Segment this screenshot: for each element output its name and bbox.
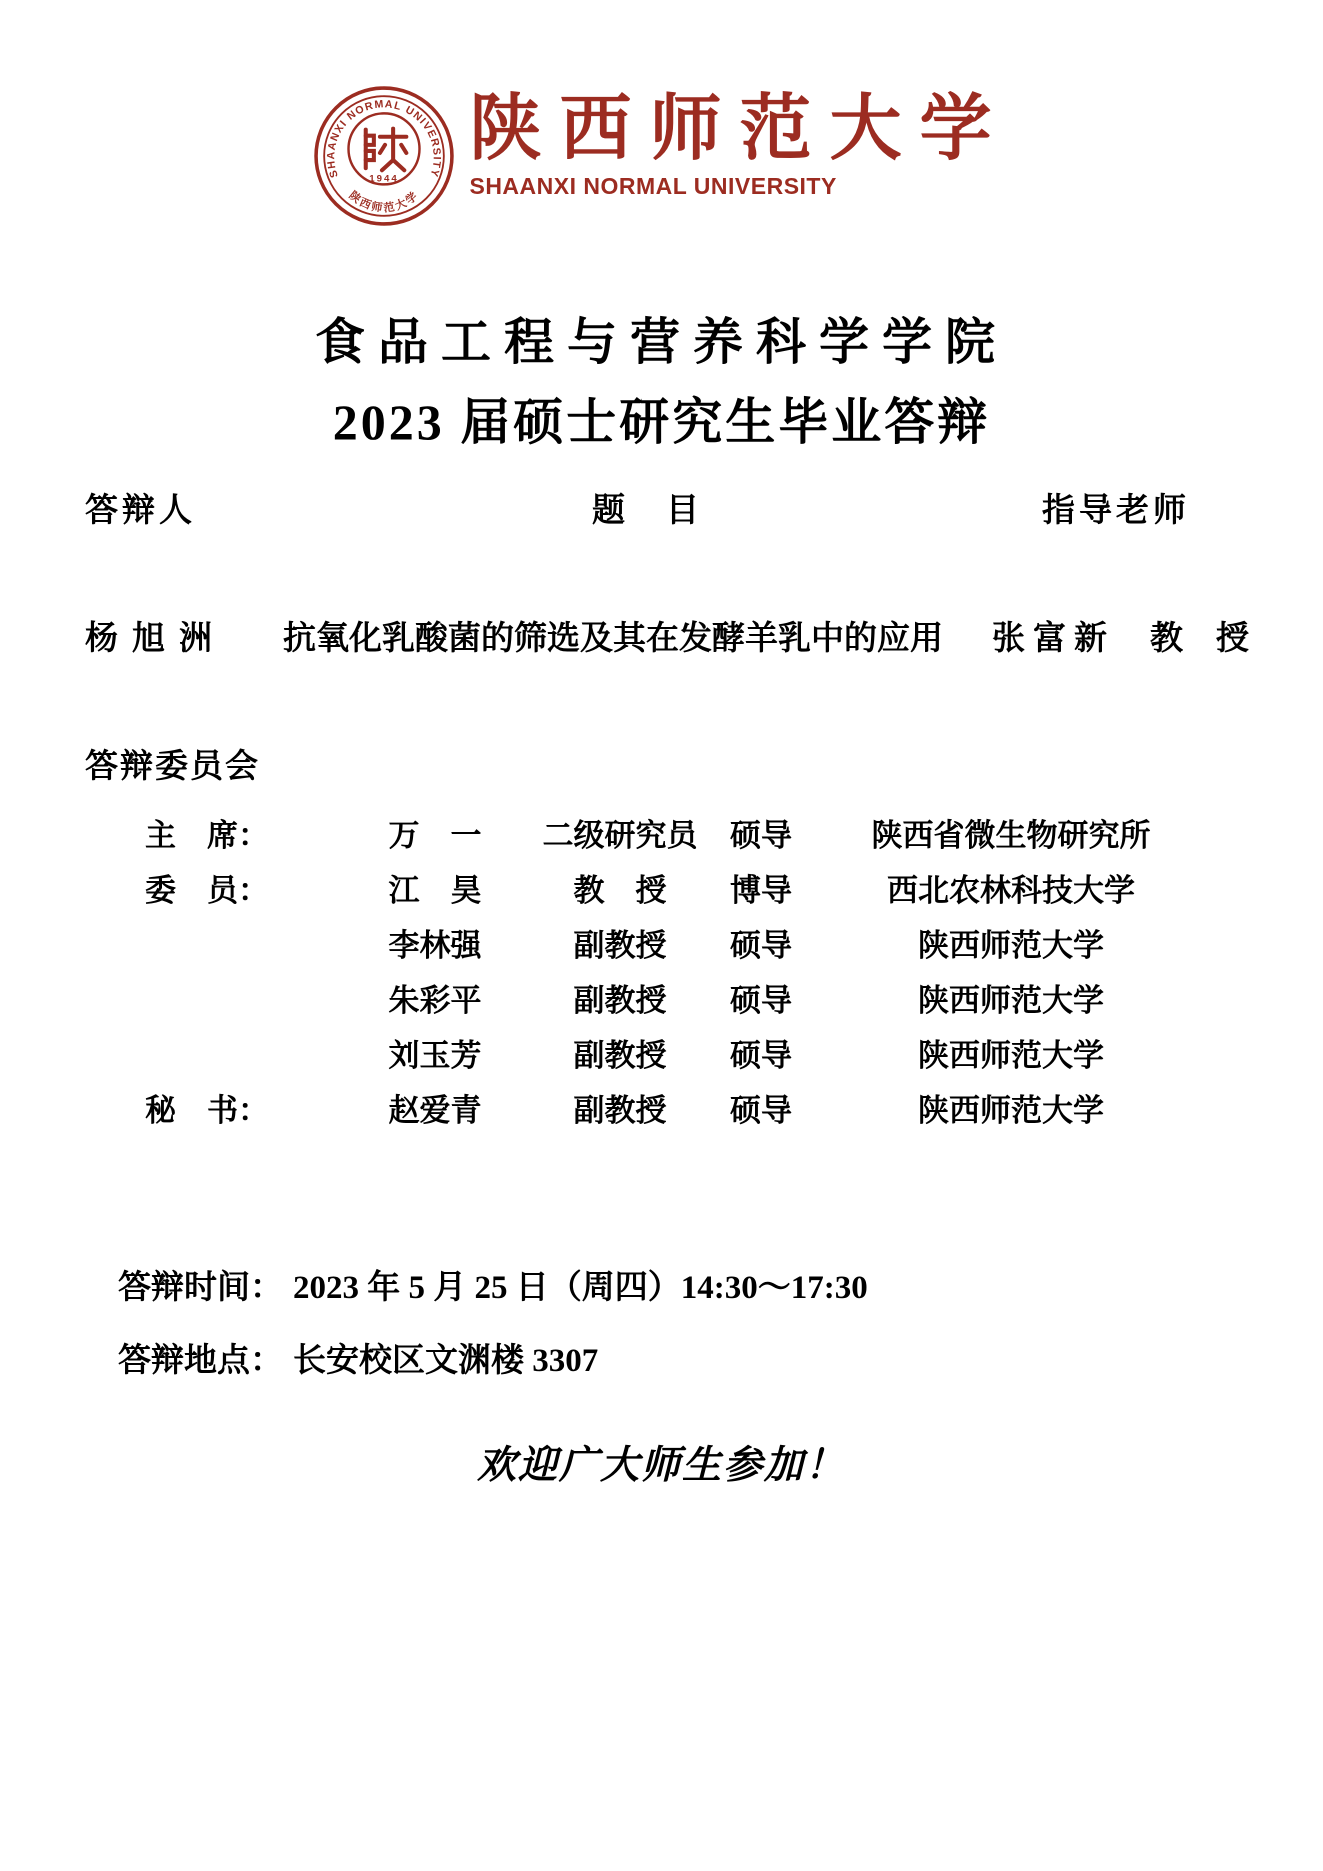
committee-row: 主 席： 万 一 二级研究员 硕导 陕西省微生物研究所 <box>145 808 1200 863</box>
defense-place-value: 长安校区文渊楼 3307 <box>293 1343 598 1379</box>
role-label <box>145 918 330 973</box>
advisor-name: 张富新 <box>992 612 1115 659</box>
committee-row: 刘玉芳 副教授 硕导 陕西师范大学 <box>145 1028 1200 1083</box>
supervisor-type: 硕导 <box>700 808 822 863</box>
supervisor-type: 硕导 <box>700 973 822 1028</box>
member-affiliation: 陕西师范大学 <box>822 973 1200 1028</box>
university-name-calligraphy: 陕西师范大学 <box>469 91 1009 169</box>
committee-row: 秘 书： 赵爱青 副教授 硕导 陕西师范大学 <box>145 1083 1200 1138</box>
member-title: 副教授 <box>540 1083 700 1138</box>
member-name: 万 一 <box>330 808 540 863</box>
university-seal: SHAANXI NORMAL UNIVERSITY 1944 陕西师范大学 <box>313 85 455 227</box>
member-title: 副教授 <box>540 1028 700 1083</box>
event-title: 2023 届硕士研究生毕业答辩 <box>0 394 1323 452</box>
thesis-title: 抗氧化乳酸菌的筛选及其在发酵羊乳中的应用 <box>283 612 943 659</box>
member-title: 副教授 <box>540 918 700 973</box>
committee-table: 主 席： 万 一 二级研究员 硕导 陕西省微生物研究所 委 员： 江 昊 教 授… <box>145 808 1200 1138</box>
advisor-title: 教 授 <box>1150 612 1249 659</box>
supervisor-type: 硕导 <box>700 918 822 973</box>
member-title: 二级研究员 <box>540 808 700 863</box>
supervisor-type: 硕导 <box>700 1028 822 1083</box>
role-label: 主 席： <box>145 808 330 863</box>
header-topic-label: 题 目 <box>592 484 703 531</box>
header-candidate-label: 答辩人 <box>85 484 196 531</box>
college-title: 食品工程与营养科学学院 <box>0 314 1323 372</box>
member-name: 江 昊 <box>330 863 540 918</box>
supervisor-type: 硕导 <box>700 1083 822 1138</box>
welcome-message: 欢迎广大师生参加！ <box>0 1434 1323 1490</box>
member-name: 朱彩平 <box>330 973 540 1028</box>
list-header: 答辩人 题 目 指导老师 <box>0 484 1323 526</box>
member-affiliation: 西北农林科技大学 <box>822 863 1200 918</box>
committee-row: 李林强 副教授 硕导 陕西师范大学 <box>145 918 1200 973</box>
header-advisor-label: 指导老师 <box>1042 484 1190 531</box>
seal-emblem <box>366 129 407 171</box>
member-affiliation: 陕西省微生物研究所 <box>822 808 1200 863</box>
defense-place-row: 答辩地点：长安校区文渊楼 3307 <box>85 1297 598 1418</box>
page: SHAANXI NORMAL UNIVERSITY 1944 陕西师范大学 陕西… <box>0 0 1323 1871</box>
committee-heading: 答辩委员会 <box>85 740 260 787</box>
role-label: 秘 书： <box>145 1083 330 1138</box>
thesis-row: 杨旭洲 抗氧化乳酸菌的筛选及其在发酵羊乳中的应用 张富新 教 授 <box>0 612 1323 656</box>
candidate-name: 杨旭洲 <box>85 612 226 659</box>
member-affiliation: 陕西师范大学 <box>822 918 1200 973</box>
seal-year: 1944 <box>370 173 400 184</box>
role-label: 委 员： <box>145 863 330 918</box>
role-label <box>145 973 330 1028</box>
member-affiliation: 陕西师范大学 <box>822 1083 1200 1138</box>
member-affiliation: 陕西师范大学 <box>822 1028 1200 1083</box>
member-title: 副教授 <box>540 973 700 1028</box>
member-title: 教 授 <box>540 863 700 918</box>
committee-row: 委 员： 江 昊 教 授 博导 西北农林科技大学 <box>145 863 1200 918</box>
committee-row: 朱彩平 副教授 硕导 陕西师范大学 <box>145 973 1200 1028</box>
defense-place-label: 答辩地点： <box>118 1341 283 1378</box>
university-name-english: SHAANXI NORMAL UNIVERSITY <box>469 173 836 200</box>
member-name: 刘玉芳 <box>330 1028 540 1083</box>
supervisor-type: 博导 <box>700 863 822 918</box>
member-name: 赵爱青 <box>330 1083 540 1138</box>
role-label <box>145 1028 330 1083</box>
university-name-block: 陕西师范大学 SHAANXI NORMAL UNIVERSITY <box>469 85 1009 200</box>
university-logo: SHAANXI NORMAL UNIVERSITY 1944 陕西师范大学 陕西… <box>0 85 1323 227</box>
member-name: 李林强 <box>330 918 540 973</box>
